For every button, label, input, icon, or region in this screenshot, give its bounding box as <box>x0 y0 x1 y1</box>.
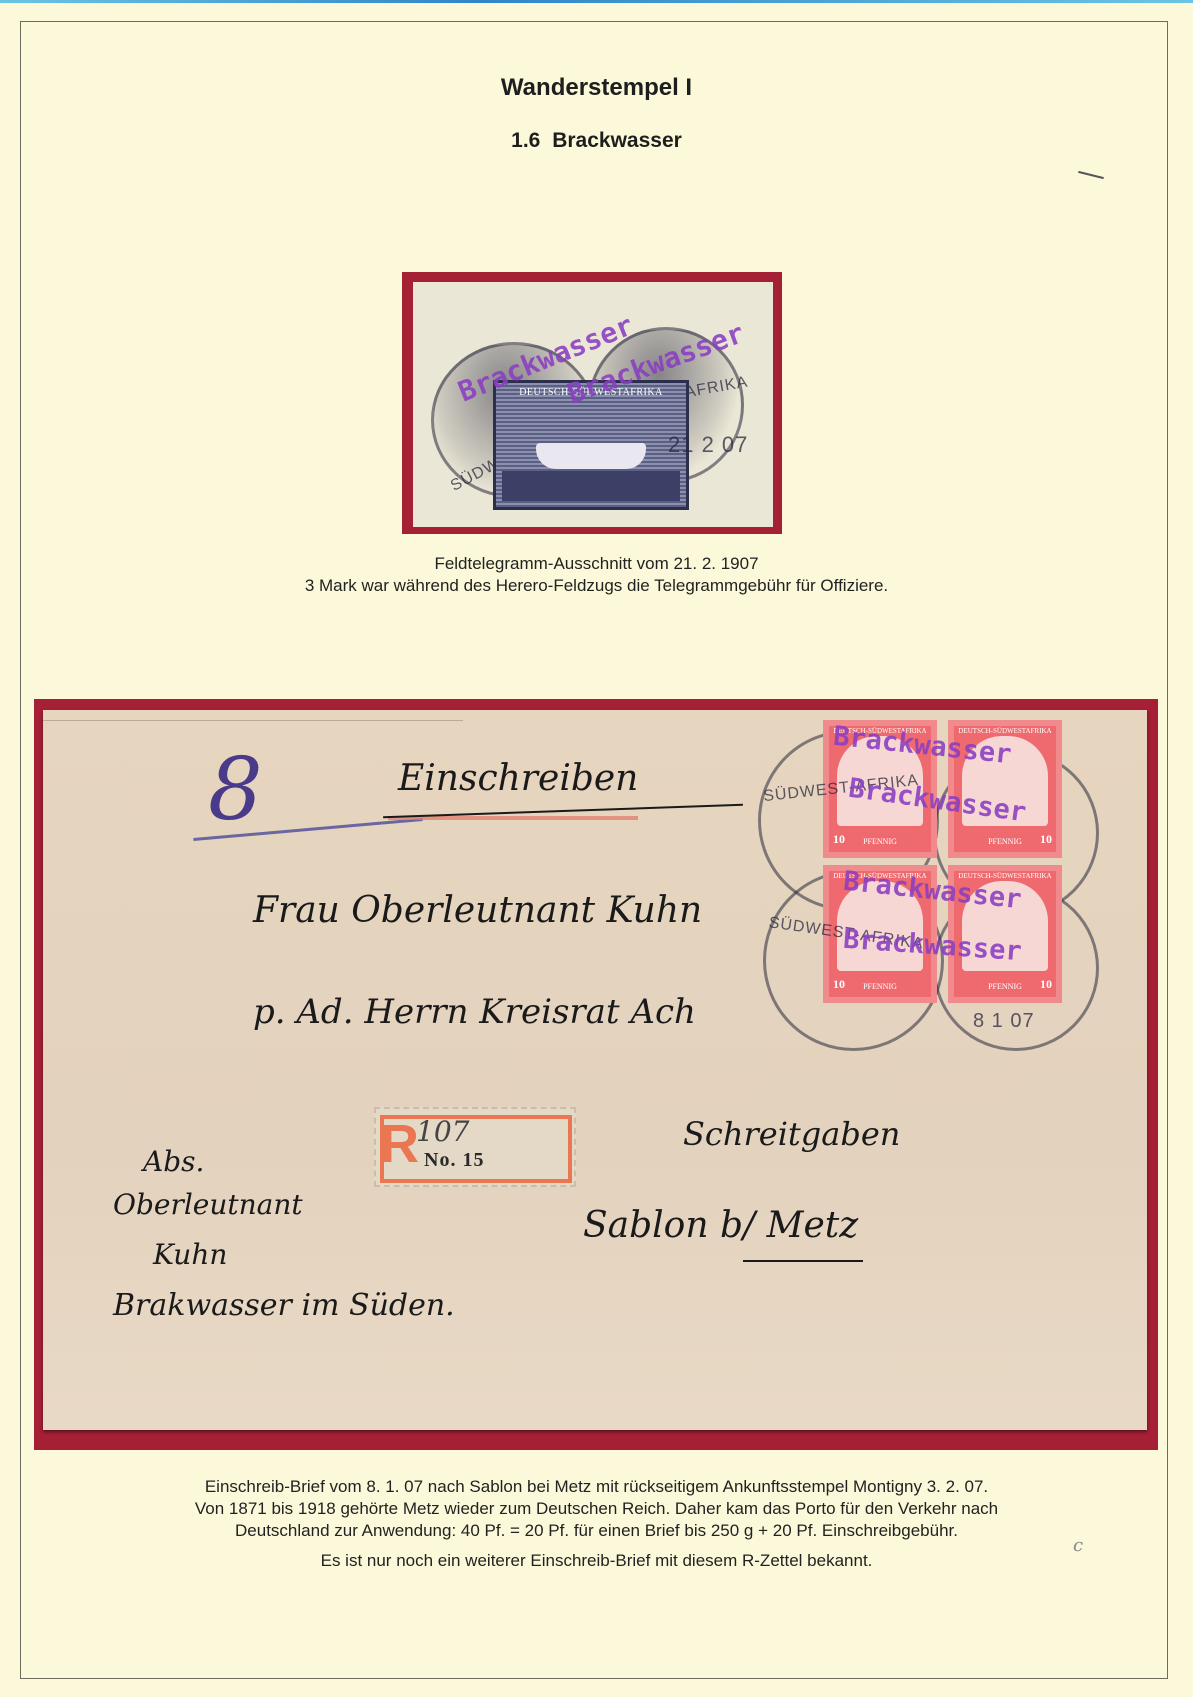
registration-number-value: 15 <box>462 1149 484 1171</box>
sea-vignette <box>502 471 680 501</box>
section-title: Brackwasser <box>552 129 682 152</box>
cover-caption: Einschreib-Brief vom 8. 1. 07 nach Sablo… <box>0 1476 1193 1542</box>
ship-vignette-icon <box>536 443 646 469</box>
cover-mount: 8 Einschreiben Frau Oberleutnant Kuhn p.… <box>34 699 1158 1450</box>
caption-line: Deutschland zur Anwendung: 40 Pf. = 20 P… <box>0 1520 1193 1542</box>
caption-line: Einschreib-Brief vom 8. 1. 07 nach Sablo… <box>0 1476 1193 1498</box>
caption-line: 3 Mark war während des Herero-Feldzugs d… <box>0 575 1193 597</box>
docket-number: 8 <box>208 740 263 840</box>
sender-line-2: Oberleutnant <box>113 1188 303 1221</box>
registration-number-prefix: No. <box>424 1149 456 1171</box>
envelope-flap-edge <box>43 720 463 721</box>
stamp-unit: PFENNIG <box>829 982 931 991</box>
top-edge-strip <box>0 0 1193 3</box>
registration-number: No. 15 <box>424 1149 484 1172</box>
rarity-note: Es ist nur noch ein weiterer Einschreib-… <box>0 1550 1193 1572</box>
page-title: Wanderstempel I <box>0 74 1193 102</box>
service-endorsement: Einschreiben <box>398 758 638 799</box>
recipient-line-1: Frau Oberleutnant Kuhn <box>253 890 702 931</box>
telegram-cut-mount: SÜDWEST-AFRIKA SÜDWEST-AFRIKA DEUTSCH-SÜ… <box>402 272 782 534</box>
section-number: 1.6 <box>511 129 540 152</box>
registration-handwritten-number: 107 <box>416 1115 469 1148</box>
stamp-unit: PFENNIG <box>954 837 1056 846</box>
sender-line-3: Kuhn <box>153 1238 227 1271</box>
postmark-date: 21 2 07 <box>668 432 748 458</box>
telegram-caption: Feldtelegramm-Ausschnitt vom 21. 2. 1907… <box>0 553 1193 597</box>
stamp-unit: PFENNIG <box>954 982 1056 991</box>
stamp-unit: PFENNIG <box>829 837 931 846</box>
sender-line-1: Abs. <box>143 1145 204 1178</box>
destination-underline <box>743 1260 863 1262</box>
sender-line-4: Brakwasser im Süden. <box>113 1288 455 1323</box>
registered-cover: 8 Einschreiben Frau Oberleutnant Kuhn p.… <box>43 710 1147 1430</box>
section-heading: 1.6 Brackwasser <box>0 129 1193 153</box>
registration-letter: R <box>380 1115 419 1173</box>
registration-label: R 107 No. 15 <box>374 1107 576 1187</box>
telegram-cut-piece: SÜDWEST-AFRIKA SÜDWEST-AFRIKA DEUTSCH-SÜ… <box>413 282 773 527</box>
stamp-inscription: DEUTSCH-SÜDWESTAFRIKA <box>954 727 1056 735</box>
postmark-cover-date: 8 1 07 <box>973 1010 1035 1033</box>
recipient-line-2: p. Ad. Herrn Kreisrat Ach <box>253 992 696 1032</box>
recipient-line-4: Sablon b/ Metz <box>583 1205 858 1246</box>
caption-line: Feldtelegramm-Ausschnitt vom 21. 2. 1907 <box>0 553 1193 575</box>
recipient-line-3: Schreitgaben <box>683 1115 900 1153</box>
caption-line: Von 1871 bis 1918 gehörte Metz wieder zu… <box>0 1498 1193 1520</box>
